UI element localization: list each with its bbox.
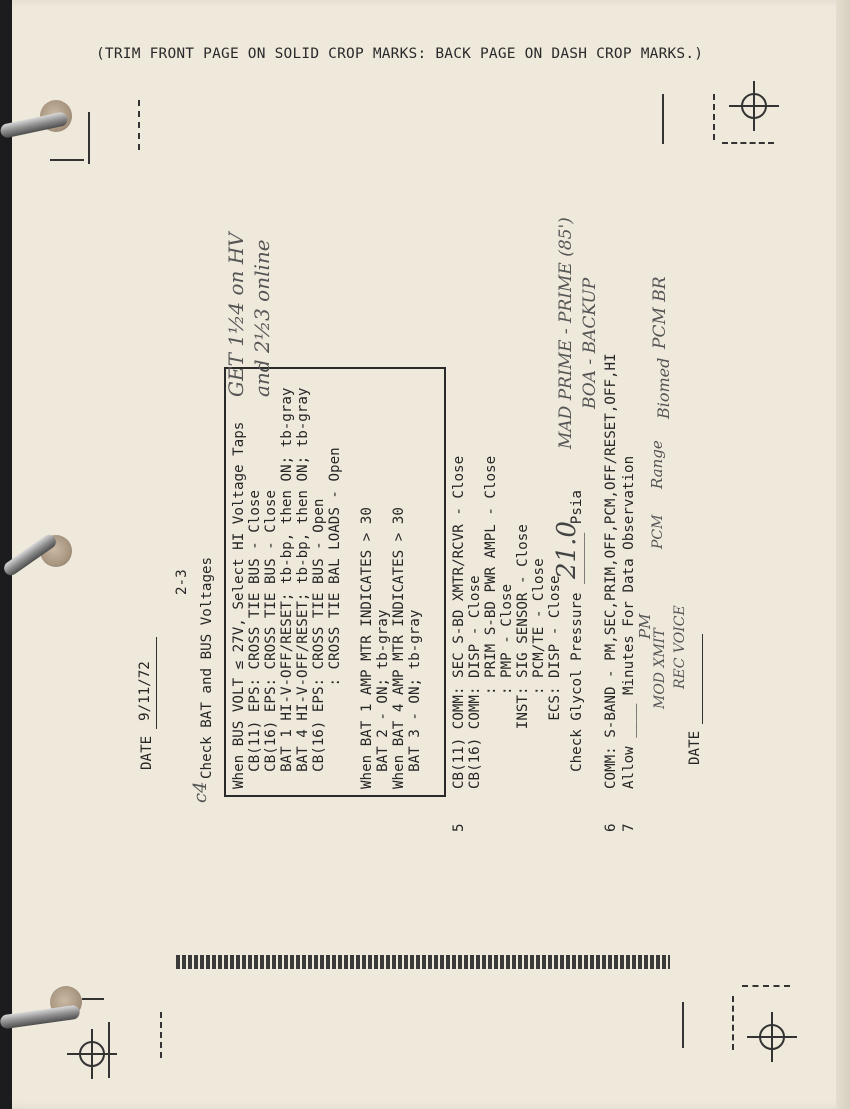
handwritten-checkmark: c4 <box>190 781 211 803</box>
step-5-line: ECS: DISP - Close <box>548 575 564 789</box>
handwritten-note: and 2½3 online <box>250 239 274 397</box>
handwritten-note: Range <box>648 440 666 489</box>
rotated-checklist: DATE 9/11/72 2-3 c4 Check BAT and BUS Vo… <box>0 0 850 1109</box>
step-5-line: CB(16) COMM: DISP - Close <box>468 575 484 789</box>
step-4-line: CB(16) EPS: CROSS TIE BUS - Open <box>312 499 328 789</box>
handwritten-note: GET 1½4 on HV <box>224 232 248 397</box>
date-value: 9/11/72 <box>138 661 154 721</box>
handwritten-note: PCM <box>650 515 666 549</box>
step-5-line: CB(11) COMM: SEC S-BD XMTR/RCVR - Close <box>452 456 468 789</box>
glycol-pressure-value[interactable]: 21.0 <box>552 521 582 579</box>
step-4-line: CB(16) EPS: CROSS TIE BUS - Close <box>264 490 280 789</box>
step-5-number: 5 <box>452 823 468 832</box>
bottom-date-label: DATE <box>688 731 704 765</box>
handwritten-note: Biomed <box>654 358 673 419</box>
step-4-line: : CROSS TIE BAL LOADS - Open <box>328 447 344 789</box>
date-label: DATE <box>140 736 156 770</box>
step-4-line: CB(11) EPS: CROSS TIE BUS - Close <box>248 490 264 789</box>
step-4-line: When BAT 4 AMP MTR INDICATES > 30 <box>392 507 408 789</box>
step-6-number: 6 <box>604 823 620 832</box>
step-5-line: : PCM/TE - Close <box>532 558 548 789</box>
step-4-line: BAT 1 HI-V-OFF/RESET; tb-bp, then ON; tb… <box>280 388 296 789</box>
step-6-line: COMM: S-BAND - PM,SEC,PRIM,OFF,PCM,OFF/R… <box>604 353 620 789</box>
step-4-line: BAT 2 - ON; tb-gray <box>376 610 392 789</box>
handwritten-note: MAD PRIME - PRIME (85') <box>556 217 576 449</box>
step-7-number: 7 <box>622 823 638 832</box>
step-5-line: : PMP - Close <box>500 584 516 789</box>
step-4-line: When BUS VOLT ≤ 27V, Select HI Voltage T… <box>232 422 248 789</box>
handwritten-note: PCM BR <box>650 276 670 349</box>
handwritten-note: MOD XMIT <box>652 628 668 709</box>
step-5-line: INST: SIG SENSOR - Close <box>516 524 532 789</box>
bottom-date-underline[interactable] <box>702 634 703 724</box>
handwritten-note: REC VOICE <box>672 605 688 689</box>
step-4-title: Check BAT and BUS Voltages <box>200 557 216 779</box>
step-4-line: BAT 4 HI-V-OFF/RESET; tb-bp, then ON; tb… <box>296 388 312 789</box>
step-4-line: BAT 3 - ON; tb-gray <box>408 610 424 789</box>
step-4-line: When BAT 1 AMP MTR INDICATES > 30 <box>360 507 376 789</box>
handwritten-note: BOA - BACKUP <box>580 278 600 409</box>
step-5-line: : PRIM S-BD PWR AMPL - Close <box>484 456 500 789</box>
page-number: 2-3 <box>175 569 191 595</box>
date-underline <box>156 637 157 729</box>
